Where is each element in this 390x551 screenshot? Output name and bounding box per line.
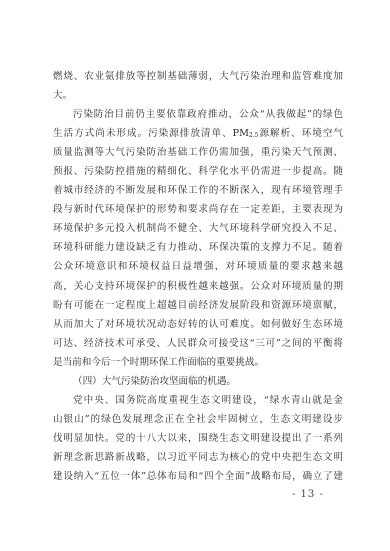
section-heading: （四）大气污染防治攻坚面临的机遇。 [53, 372, 343, 391]
text-line: 生活方式尚未形成。污染源排放清单、PM2.5源解析、环境空气 [53, 124, 343, 143]
text-line: 环境保护多元投入机制尚不健全、大气环境科学研究投入不足、 [53, 219, 343, 238]
text-segment: 源解析、环境空气 [258, 128, 343, 139]
page-number: - 13 - [292, 489, 324, 500]
text-line: 预报、污染防控措施的精细化、科学化水平仍需进一步提高。随 [53, 162, 343, 181]
text-line: 是当前和今后一个时期环保工作面临的重要挑战。 [53, 353, 343, 372]
text-line: 从而加大了对环境状况动态好转的认可难度。如何做好生态环境 [53, 315, 343, 334]
text-line: 着城市经济的不断发展和环保工作的不断深入，现有环境管理手 [53, 181, 343, 200]
paragraph-start-line: 污染防治目前仍主要依靠政府推动，公众“从我做起”的绿色 [53, 105, 343, 124]
text-line: 大。 [53, 86, 343, 105]
paragraph-start-line: 党中央、国务院高度重视生态文明建设，“绿水青山就是金 [53, 391, 343, 410]
text-line: 新理念新思路新战略，以习近平同志为核心的党中央把生态文明 [53, 448, 343, 467]
text-line: 盼有可能在一定程度上超越目前经济发展阶段和资源环境禀赋， [53, 296, 343, 315]
document-page: 燃烧、农业氨排放等控制基础薄弱，大气污染治理和监管难度加 大。 污染防治目前仍主… [0, 0, 390, 551]
text-segment: 生活方式尚未形成。污染源排放清单、PM [53, 128, 249, 139]
text-line: 段与新时代环境保护的形势和要求尚存在一定差距，主要表现为 [53, 200, 343, 219]
text-line: 燃烧、农业氨排放等控制基础薄弱，大气污染治理和监管难度加 [53, 67, 343, 86]
text-line: 公众环境意识和环境权益日益增强，对环境质量的要求越来越 [53, 257, 343, 276]
text-line: 环境科研能力建设缺乏有力推动、环保决策的支撑力不足。随着 [53, 238, 343, 257]
text-line: 伐明显加快。党的十八大以来，围绕生态文明建设提出了一系列 [53, 429, 343, 448]
text-line: 质量监测等大气污染防治基础工作仍需加强，重污染天气预测、 [53, 143, 343, 162]
body-text: 燃烧、农业氨排放等控制基础薄弱，大气污染治理和监管难度加 大。 污染防治目前仍主… [53, 67, 343, 486]
text-line: 可达、经济技术可承受、人民群众可接受这“三可”之间的平衡将 [53, 334, 343, 353]
text-line: 建设纳入“五位一体”总体布局和“四个全面”战略布局，确立了建 [53, 467, 343, 486]
text-line: 山银山”的绿色发展理念正在全社会牢固树立，生态文明建设步 [53, 410, 343, 429]
text-line: 高，关心支持环境保护的积极性越来越强。公众对环境质量的期 [53, 277, 343, 296]
